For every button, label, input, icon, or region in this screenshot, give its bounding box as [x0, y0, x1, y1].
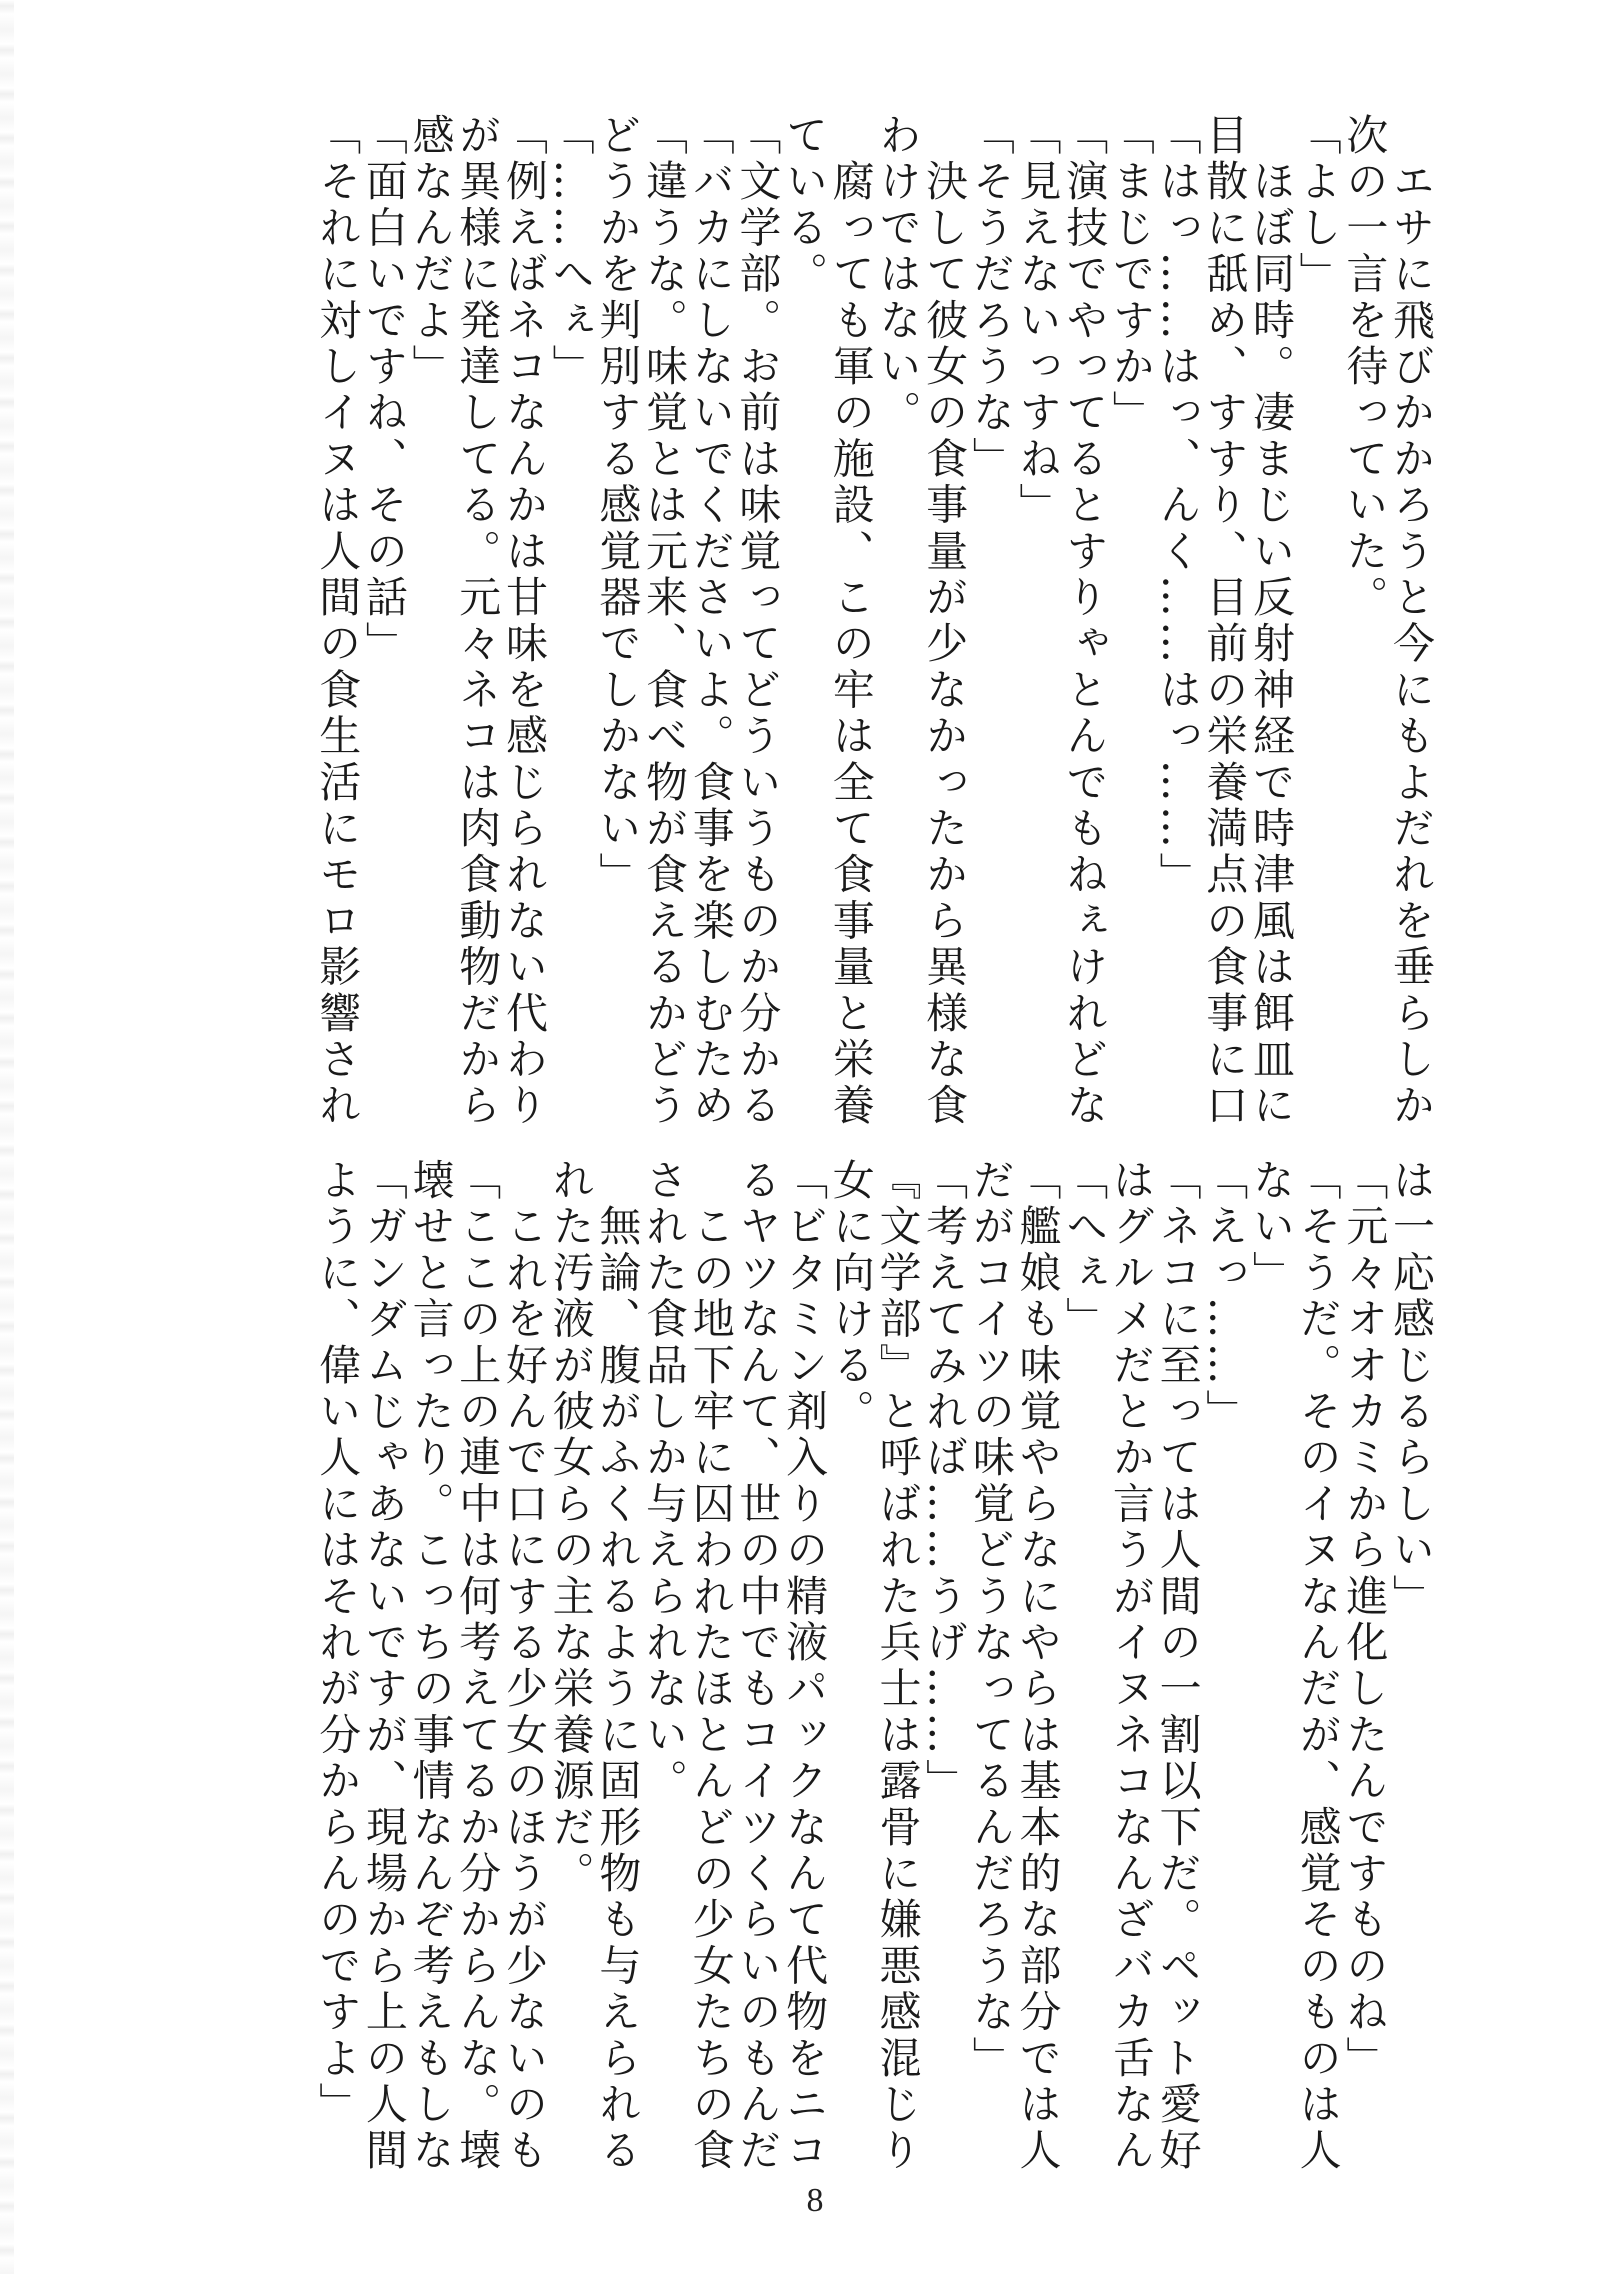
text-column: は一応感じるらしい」: [1387, 1158, 1434, 2170]
text-column: ように、偉い人にはそれが分からんのですよ」: [314, 1158, 361, 2170]
text-column: 「バカにしないでくださいよ。食事を楽しむための物、でしょ」: [687, 113, 734, 1125]
text-column: 「ガンダムじゃあないですが、現場から上の人間の考えが分からん: [360, 1158, 407, 2170]
lower-text-tier: は一応感じるらしい」 「元々オオカミから進化したんですものね」 「そうだ。そのイ…: [194, 1158, 1434, 2170]
text-column: 決して彼女の食事量が少なかったから異様な食いつきをしている: [920, 113, 967, 1125]
upper-text-tier: エサに飛びかかろうと今にもよだれを垂らしかねない緩んだ口は、 次の一言を待ってい…: [194, 113, 1434, 1125]
text-column: 「それに対しイヌは人間の食生活にモロ影響されたから一通りの味: [314, 113, 361, 1125]
text-column: この地下牢に囚われたほとんどの少女たちの食事は、こうして汚: [687, 1158, 734, 2170]
text-column: 「……へぇ」: [547, 113, 594, 1125]
text-column: が異様に発達してる。元々ネコは肉食動物だから、腐敗に対して敏: [454, 113, 501, 1125]
text-column: 「ネコに至っては人間の一割以下だ。ペット愛好家どもはうちの仔: [1154, 1158, 1201, 2170]
scan-edge-artifact: [0, 0, 14, 2274]
text-column: 「違うな。味覚とは元来、食べ物が食えるかどうか、栄養があるか: [640, 113, 687, 1125]
text-column: 女に向ける。: [827, 1158, 874, 2170]
text-column: るヤツなんて、世の中でもコイツくらいのもんだろうな」: [734, 1158, 781, 2170]
text-column: エサに飛びかかろうと今にもよだれを垂らしかねない緩んだ口は、: [1387, 113, 1434, 1125]
text-column: 「見えないっすね」: [1014, 113, 1061, 1125]
text-column: 「ここの上の連中は何考えてるか分からんな。壊すなと言ったり、: [454, 1158, 501, 2170]
text-column: 「ビタミン剤入りの精液パックなんて代物をニコニコ笑顔で口にす: [780, 1158, 827, 2170]
text-column: 「演技でやってるとすりゃとんでもねぇけれどな。そう見えるか」: [1061, 113, 1108, 1125]
text-column: 「へぇ」: [1061, 1158, 1108, 2170]
text-column: 次の一言を待っていた。: [1341, 113, 1388, 1125]
text-column: ている。: [780, 113, 827, 1125]
text-column: ほぼ同時。凄まじい反射神経で時津風は餌皿に顔を突っ込み、一: [1247, 113, 1294, 1125]
text-column: れた汚液が彼女らの主な栄養源だ。: [547, 1158, 594, 2170]
page-number: 8: [800, 2182, 830, 2220]
text-column: 無論、腹がふくれるように固形物も与えられるが、栄養を調整さ: [594, 1158, 641, 2170]
text-column: 「元々オオカミから進化したんですものね」: [1341, 1158, 1388, 2170]
text-column: わけではない。: [874, 113, 921, 1125]
text-column: 目散に舐め、すすり、目前の栄養満点の食事に口をつける。: [1201, 113, 1248, 1125]
text-column: ない」: [1247, 1158, 1294, 2170]
text-column: 「そうだ。そのイヌなんだが、感覚そのものは人間の二割程度しか: [1294, 1158, 1341, 2170]
text-column: された食品しか与えられない。: [640, 1158, 687, 2170]
text-column: 「考えてみれば……うげ……」: [920, 1158, 967, 2170]
text-column: 「えっ……」: [1201, 1158, 1248, 2170]
text-column: 「まじですか」: [1107, 113, 1154, 1125]
text-column: 感なんだよ」: [407, 113, 454, 1125]
text-column: 「はっ……はっ、んく……はっ……」: [1154, 113, 1201, 1125]
text-column: 『文学部』と呼ばれた兵士は露骨に嫌悪感混じりの嘲りを足元の少: [874, 1158, 921, 2170]
text-column: どうかを判別する感覚器でしかない」: [594, 113, 641, 1125]
text-column: だがコイツの味覚どうなってるんだろうな」: [967, 1158, 1014, 2170]
text-column: 「そうだろうな」: [967, 113, 1014, 1125]
text-column: 壊せと言ったり。こっちの事情なんぞ考えもしない」: [407, 1158, 454, 2170]
text-column: 「例えばネコなんかは甘味を感じられない代わりに酸味を感じる力: [500, 113, 547, 1125]
text-column: 「艦娘も味覚やらなにやらは基本的な部分では人間と一緒らしいん: [1014, 1158, 1061, 2170]
text-column: 「よし」: [1294, 113, 1341, 1125]
text-column: はグルメだとか言うがイヌネコなんざバカ舌なんだよ」: [1107, 1158, 1154, 2170]
text-column: これを好んで口にする少女のほうが少ないのもその証左。: [500, 1158, 547, 2170]
text-column: 「文学部。お前は味覚ってどういうものか分かるか」: [734, 113, 781, 1125]
text-column: 腐っても軍の施設、この牢は全て食事量と栄養管理が正しくされ: [827, 113, 874, 1125]
text-column: 「面白いですね、その話」: [360, 113, 407, 1125]
